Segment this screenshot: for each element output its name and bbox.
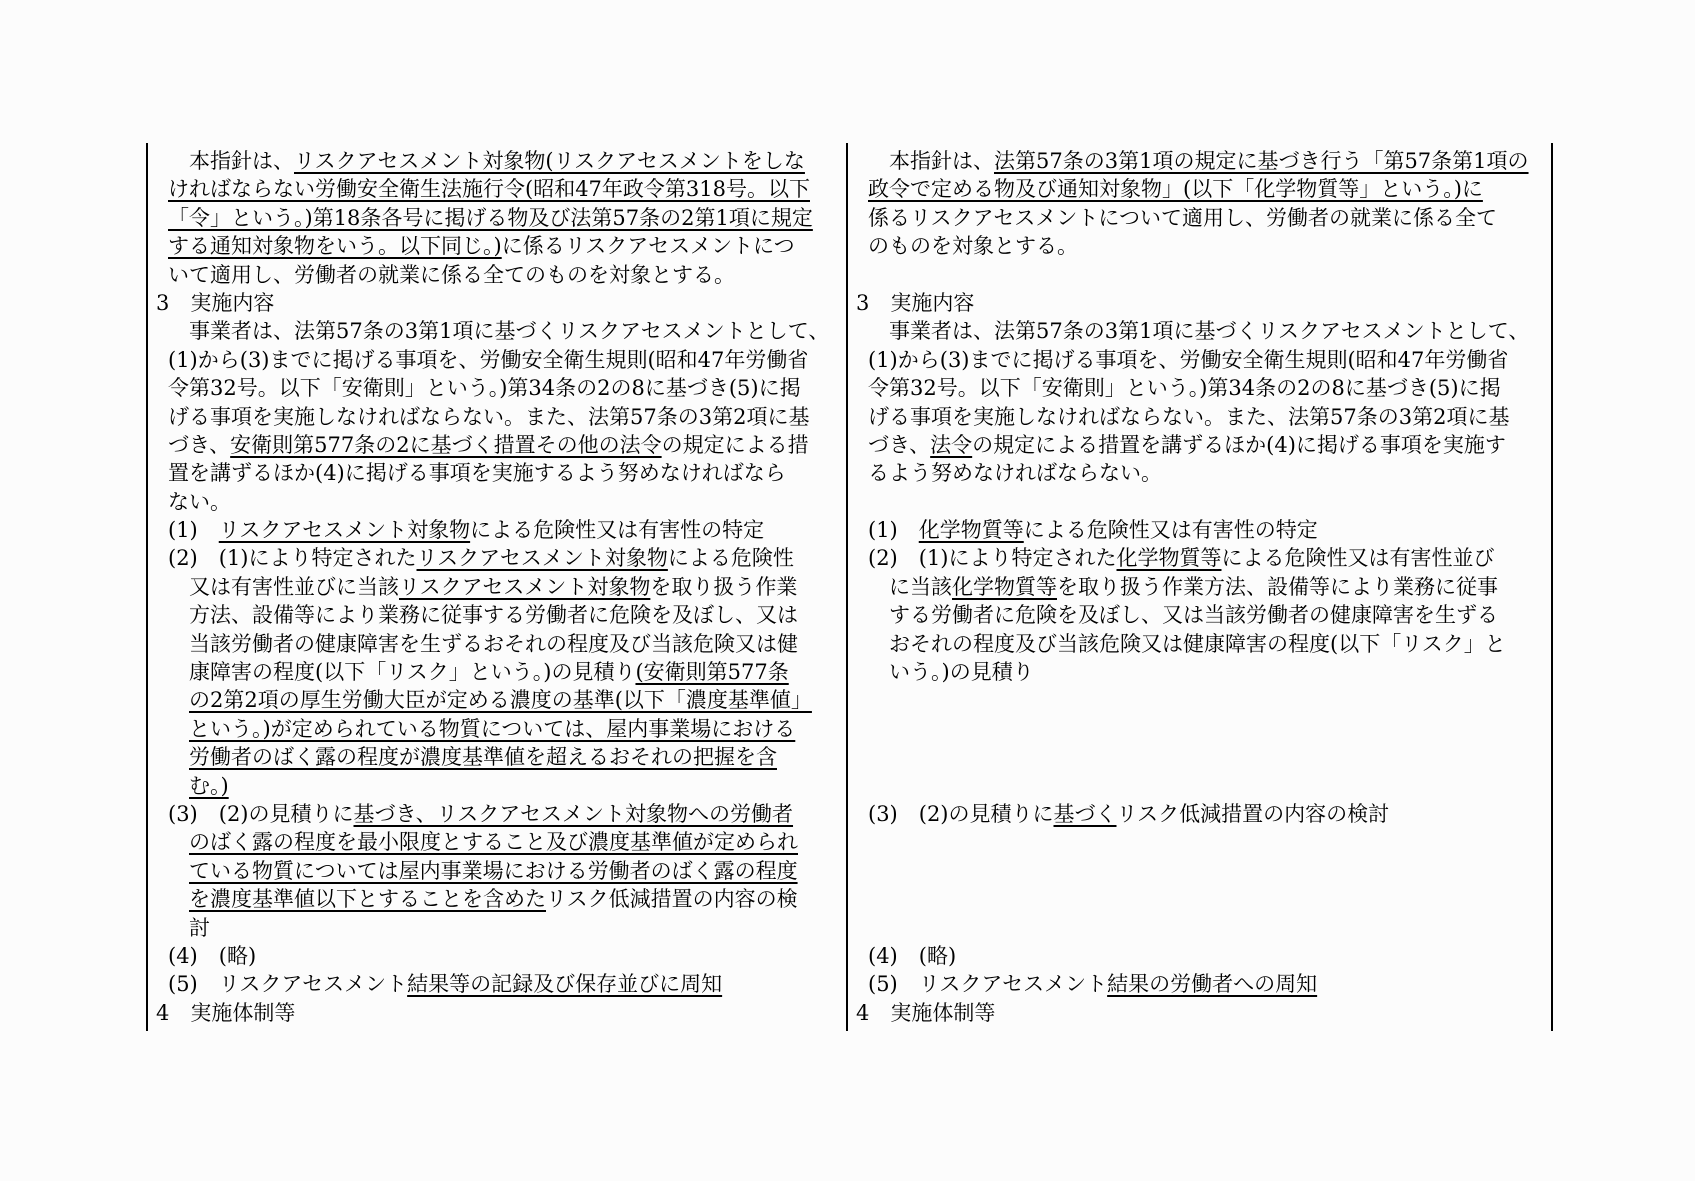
- underlined-revision-text: 政令で定める物及び通知対象物」(以下「化学物質等」という。)に: [868, 177, 1483, 201]
- text-line: 本指針は、リスクアセスメント対象物(リスクアセスメントをしな: [156, 147, 846, 175]
- underlined-revision-text: リスクアセスメント対象物: [417, 546, 668, 570]
- text-line: 事業者は、法第57条の3第1項に基づくリスクアセスメントとして、: [156, 317, 846, 345]
- plain-text: の規定による措置を講ずるほか(4)に掲げる事項を実施す: [972, 433, 1506, 457]
- text-line: 令第32号。以下「安衛則」という。)第34条の2の8に基づき(5)に掲: [856, 374, 1546, 402]
- plain-text: げる事項を実施しなければならない。また、法第57条の3第2項に基: [868, 405, 1509, 429]
- text-line: を濃度基準値以下とすることを含めたリスク低減措置の内容の検: [156, 885, 846, 913]
- left-column-amended-text: 本指針は、リスクアセスメント対象物(リスクアセスメントをしなければならない労働安…: [156, 147, 846, 1027]
- plain-text: (2) (1)により特定された: [168, 546, 417, 570]
- text-line: (3) (2)の見積りに基づき、リスクアセスメント対象物への労働者: [156, 800, 846, 828]
- plain-text: 康障害の程度(以下「リスク」という。)の見積り: [189, 660, 635, 684]
- plain-text: づき、: [168, 433, 230, 457]
- text-line: 4 実施体制等: [856, 999, 1546, 1027]
- underlined-revision-text: 基づく: [1054, 802, 1117, 826]
- comparison-document-page: 本指針は、リスクアセスメント対象物(リスクアセスメントをしなければならない労働安…: [0, 0, 1695, 1181]
- blank-line: [856, 885, 1546, 913]
- text-line: づき、法令の規定による措置を講ずるほか(4)に掲げる事項を実施す: [856, 431, 1546, 459]
- plain-text: (1): [168, 518, 219, 542]
- underlined-revision-text: リスクアセスメント対象物: [399, 575, 650, 599]
- text-line: 4 実施体制等: [156, 999, 846, 1027]
- text-line: む。): [156, 772, 846, 800]
- text-line: 方法、設備等により業務に従事する労働者に危険を及ぼし、又は: [156, 601, 846, 629]
- blank-line: [856, 261, 1546, 289]
- text-line: 3 実施内容: [856, 289, 1546, 317]
- plain-text: ない。: [168, 490, 231, 514]
- underlined-revision-text: する通知対象物をいう。以下同じ。): [168, 234, 502, 258]
- underlined-revision-text: (安衛則第577条: [635, 660, 788, 684]
- underlined-revision-text: ければならない労働安全衛生法施行令(昭和47年政令第318号。以下: [168, 177, 810, 201]
- plain-text: 係るリスクアセスメントについて適用し、労働者の就業に係る全て: [868, 206, 1497, 230]
- text-line: ければならない労働安全衛生法施行令(昭和47年政令第318号。以下: [156, 175, 846, 203]
- plain-text: (2) (1)により特定された: [868, 546, 1117, 570]
- text-line: 討: [156, 914, 846, 942]
- plain-text: を取り扱う作業: [650, 575, 797, 599]
- text-line: する通知対象物をいう。以下同じ。)に係るリスクアセスメントにつ: [156, 232, 846, 260]
- text-line: 当該労働者の健康障害を生ずるおそれの程度及び当該危険又は健: [156, 630, 846, 658]
- plain-text: 令第32号。以下「安衛則」という。)第34条の2の8に基づき(5)に掲: [168, 376, 801, 400]
- plain-text: による危険性又は有害性の特定: [470, 518, 764, 542]
- text-line: げる事項を実施しなければならない。また、法第57条の3第2項に基: [156, 403, 846, 431]
- plain-text: する労働者に危険を及ぼし、又は当該労働者の健康障害を生ずる: [889, 603, 1498, 627]
- plain-text: いて適用し、労働者の就業に係る全てのものを対象とする。: [168, 263, 735, 287]
- text-line: (1) リスクアセスメント対象物による危険性又は有害性の特定: [156, 516, 846, 544]
- text-line: (5) リスクアセスメント結果等の記録及び保存並びに周知: [156, 970, 846, 998]
- blank-line: [856, 715, 1546, 743]
- plain-text: (5) リスクアセスメント: [868, 972, 1107, 996]
- underlined-revision-text: という。)が定められている物質については、屋内事業場における: [189, 717, 795, 741]
- text-line: げる事項を実施しなければならない。また、法第57条の3第2項に基: [856, 403, 1546, 431]
- text-line: (3) (2)の見積りに基づくリスク低減措置の内容の検討: [856, 800, 1546, 828]
- text-line: 3 実施内容: [156, 289, 846, 317]
- plain-text: (4) (略): [868, 944, 956, 968]
- text-line: のばく露の程度を最小限度とすること及び濃度基準値が定められ: [156, 828, 846, 856]
- plain-text: (3) (2)の見積りに: [868, 802, 1054, 826]
- text-line: (1)から(3)までに掲げる事項を、労働安全衛生規則(昭和47年労働省: [856, 346, 1546, 374]
- text-line: という。)が定められている物質については、屋内事業場における: [156, 715, 846, 743]
- text-line: 又は有害性並びに当該リスクアセスメント対象物を取り扱う作業: [156, 573, 846, 601]
- text-line: (4) (略): [856, 942, 1546, 970]
- plain-text: 本指針は、: [189, 149, 294, 173]
- plain-text: 本指針は、: [889, 149, 994, 173]
- text-line: の2第2項の厚生労働大臣が定める濃度の基準(以下「濃度基準値」: [156, 686, 846, 714]
- underlined-revision-text: 法第57条の3第1項の規定に基づき行う「第57条第1項の: [994, 149, 1529, 173]
- underlined-revision-text: 化学物質等: [952, 575, 1057, 599]
- blank-line: [856, 828, 1546, 856]
- blank-line: [856, 686, 1546, 714]
- text-line: (2) (1)により特定されたリスクアセスメント対象物による危険性: [156, 544, 846, 572]
- plain-text: 4 実施体制等: [156, 1001, 295, 1025]
- text-line: (2) (1)により特定された化学物質等による危険性又は有害性並び: [856, 544, 1546, 572]
- blank-line: [856, 857, 1546, 885]
- text-line: おそれの程度及び当該危険又は健康障害の程度(以下「リスク」と: [856, 630, 1546, 658]
- underlined-revision-text: 基づき、リスクアセスメント対象物への労働者: [354, 802, 794, 826]
- underlined-revision-text: む。): [189, 774, 229, 798]
- plain-text: 討: [189, 916, 210, 940]
- blank-line: [856, 488, 1546, 516]
- plain-text: に当該: [889, 575, 952, 599]
- text-line: (1)から(3)までに掲げる事項を、労働安全衛生規則(昭和47年労働省: [156, 346, 846, 374]
- text-line: (4) (略): [156, 942, 846, 970]
- text-line: 労働者のばく露の程度が濃度基準値を超えるおそれの把握を含: [156, 743, 846, 771]
- underlined-revision-text: 化学物質等: [1117, 546, 1222, 570]
- underlined-revision-text: リスクアセスメント対象物: [219, 518, 470, 542]
- plain-text: の規定による措: [662, 433, 809, 457]
- plain-text: リスク低減措置の内容の検討: [1117, 802, 1390, 826]
- plain-text: (3) (2)の見積りに: [168, 802, 354, 826]
- text-line: 置を講ずるほか(4)に掲げる事項を実施するよう努めなければなら: [156, 459, 846, 487]
- plain-text: 置を講ずるほか(4)に掲げる事項を実施するよう努めなければなら: [168, 461, 786, 485]
- plain-text: リスク低減措置の内容の検: [546, 887, 798, 911]
- plain-text: 令第32号。以下「安衛則」という。)第34条の2の8に基づき(5)に掲: [868, 376, 1501, 400]
- plain-text: (5) リスクアセスメント: [168, 972, 407, 996]
- plain-text: るよう努めなければならない。: [868, 461, 1162, 485]
- text-line: るよう努めなければならない。: [856, 459, 1546, 487]
- plain-text: (1)から(3)までに掲げる事項を、労働安全衛生規則(昭和47年労働省: [168, 348, 808, 372]
- text-line: 康障害の程度(以下「リスク」という。)の見積り(安衛則第577条: [156, 658, 846, 686]
- text-line: 本指針は、法第57条の3第1項の規定に基づき行う「第57条第1項の: [856, 147, 1546, 175]
- right-border-rule: [1551, 143, 1553, 1031]
- underlined-revision-text: 化学物質等: [919, 518, 1024, 542]
- text-line: 事業者は、法第57条の3第1項に基づくリスクアセスメントとして、: [856, 317, 1546, 345]
- underlined-revision-text: の2第2項の厚生労働大臣が定める濃度の基準(以下「濃度基準値」: [189, 688, 812, 712]
- plain-text: を取り扱う作業方法、設備等により業務に従事: [1057, 575, 1498, 599]
- plain-text: のものを対象とする。: [868, 234, 1078, 258]
- text-line: いう。)の見積り: [856, 658, 1546, 686]
- text-line: に当該化学物質等を取り扱う作業方法、設備等により業務に従事: [856, 573, 1546, 601]
- plain-text: 事業者は、法第57条の3第1項に基づくリスクアセスメントとして、: [189, 319, 829, 343]
- underlined-revision-text: 結果等の記録及び保存並びに周知: [407, 972, 722, 996]
- underlined-revision-text: 安衛則第577条の2に基づく措置その他の法令: [230, 433, 661, 457]
- column-divider-rule: [846, 143, 848, 1031]
- plain-text: に係るリスクアセスメントにつ: [502, 234, 795, 258]
- plain-text: いう。)の見積り: [889, 660, 1034, 684]
- left-border-rule: [146, 143, 148, 1031]
- plain-text: による危険性: [668, 546, 794, 570]
- text-line: 係るリスクアセスメントについて適用し、労働者の就業に係る全て: [856, 204, 1546, 232]
- plain-text: げる事項を実施しなければならない。また、法第57条の3第2項に基: [168, 405, 809, 429]
- underlined-revision-text: リスクアセスメント対象物(リスクアセスメントをしな: [294, 149, 805, 173]
- text-line: (1) 化学物質等による危険性又は有害性の特定: [856, 516, 1546, 544]
- blank-line: [856, 743, 1546, 771]
- underlined-revision-text: 「令」という。)第18条各号に掲げる物及び法第57条の2第1項に規定: [168, 206, 813, 230]
- text-line: 令第32号。以下「安衛則」という。)第34条の2の8に基づき(5)に掲: [156, 374, 846, 402]
- plain-text: による危険性又は有害性並び: [1222, 546, 1495, 570]
- text-line: 政令で定める物及び通知対象物」(以下「化学物質等」という。)に: [856, 175, 1546, 203]
- plain-text: 4 実施体制等: [856, 1001, 995, 1025]
- plain-text: 事業者は、法第57条の3第1項に基づくリスクアセスメントとして、: [889, 319, 1529, 343]
- blank-line: [856, 772, 1546, 800]
- blank-line: [856, 914, 1546, 942]
- plain-text: による危険性又は有害性の特定: [1024, 518, 1318, 542]
- plain-text: おそれの程度及び当該危険又は健康障害の程度(以下「リスク」と: [889, 632, 1506, 656]
- underlined-revision-text: ている物質については屋内事業場における労働者のばく露の程度: [189, 859, 798, 883]
- underlined-revision-text: を濃度基準値以下とすることを含めた: [189, 887, 546, 911]
- text-line: 「令」という。)第18条各号に掲げる物及び法第57条の2第1項に規定: [156, 204, 846, 232]
- plain-text: (1)から(3)までに掲げる事項を、労働安全衛生規則(昭和47年労働省: [868, 348, 1508, 372]
- underlined-revision-text: 結果の労働者への周知: [1107, 972, 1317, 996]
- plain-text: (4) (略): [168, 944, 256, 968]
- plain-text: づき、: [868, 433, 930, 457]
- plain-text: 3 実施内容: [156, 291, 274, 315]
- underlined-revision-text: のばく露の程度を最小限度とすること及び濃度基準値が定められ: [189, 830, 798, 854]
- right-column-current-text: 本指針は、法第57条の3第1項の規定に基づき行う「第57条第1項の政令で定める物…: [856, 147, 1546, 1027]
- text-line: づき、安衛則第577条の2に基づく措置その他の法令の規定による措: [156, 431, 846, 459]
- text-line: ている物質については屋内事業場における労働者のばく露の程度: [156, 857, 846, 885]
- underlined-revision-text: 法令: [930, 433, 972, 457]
- plain-text: 3 実施内容: [856, 291, 974, 315]
- text-line: のものを対象とする。: [856, 232, 1546, 260]
- plain-text: (1): [868, 518, 919, 542]
- plain-text: 当該労働者の健康障害を生ずるおそれの程度及び当該危険又は健: [189, 632, 798, 656]
- underlined-revision-text: 労働者のばく露の程度が濃度基準値を超えるおそれの把握を含: [189, 745, 777, 769]
- plain-text: 又は有害性並びに当該: [189, 575, 399, 599]
- text-line: ない。: [156, 488, 846, 516]
- text-line: いて適用し、労働者の就業に係る全てのものを対象とする。: [156, 261, 846, 289]
- text-line: (5) リスクアセスメント結果の労働者への周知: [856, 970, 1546, 998]
- text-line: する労働者に危険を及ぼし、又は当該労働者の健康障害を生ずる: [856, 601, 1546, 629]
- plain-text: 方法、設備等により業務に従事する労働者に危険を及ぼし、又は: [189, 603, 798, 627]
